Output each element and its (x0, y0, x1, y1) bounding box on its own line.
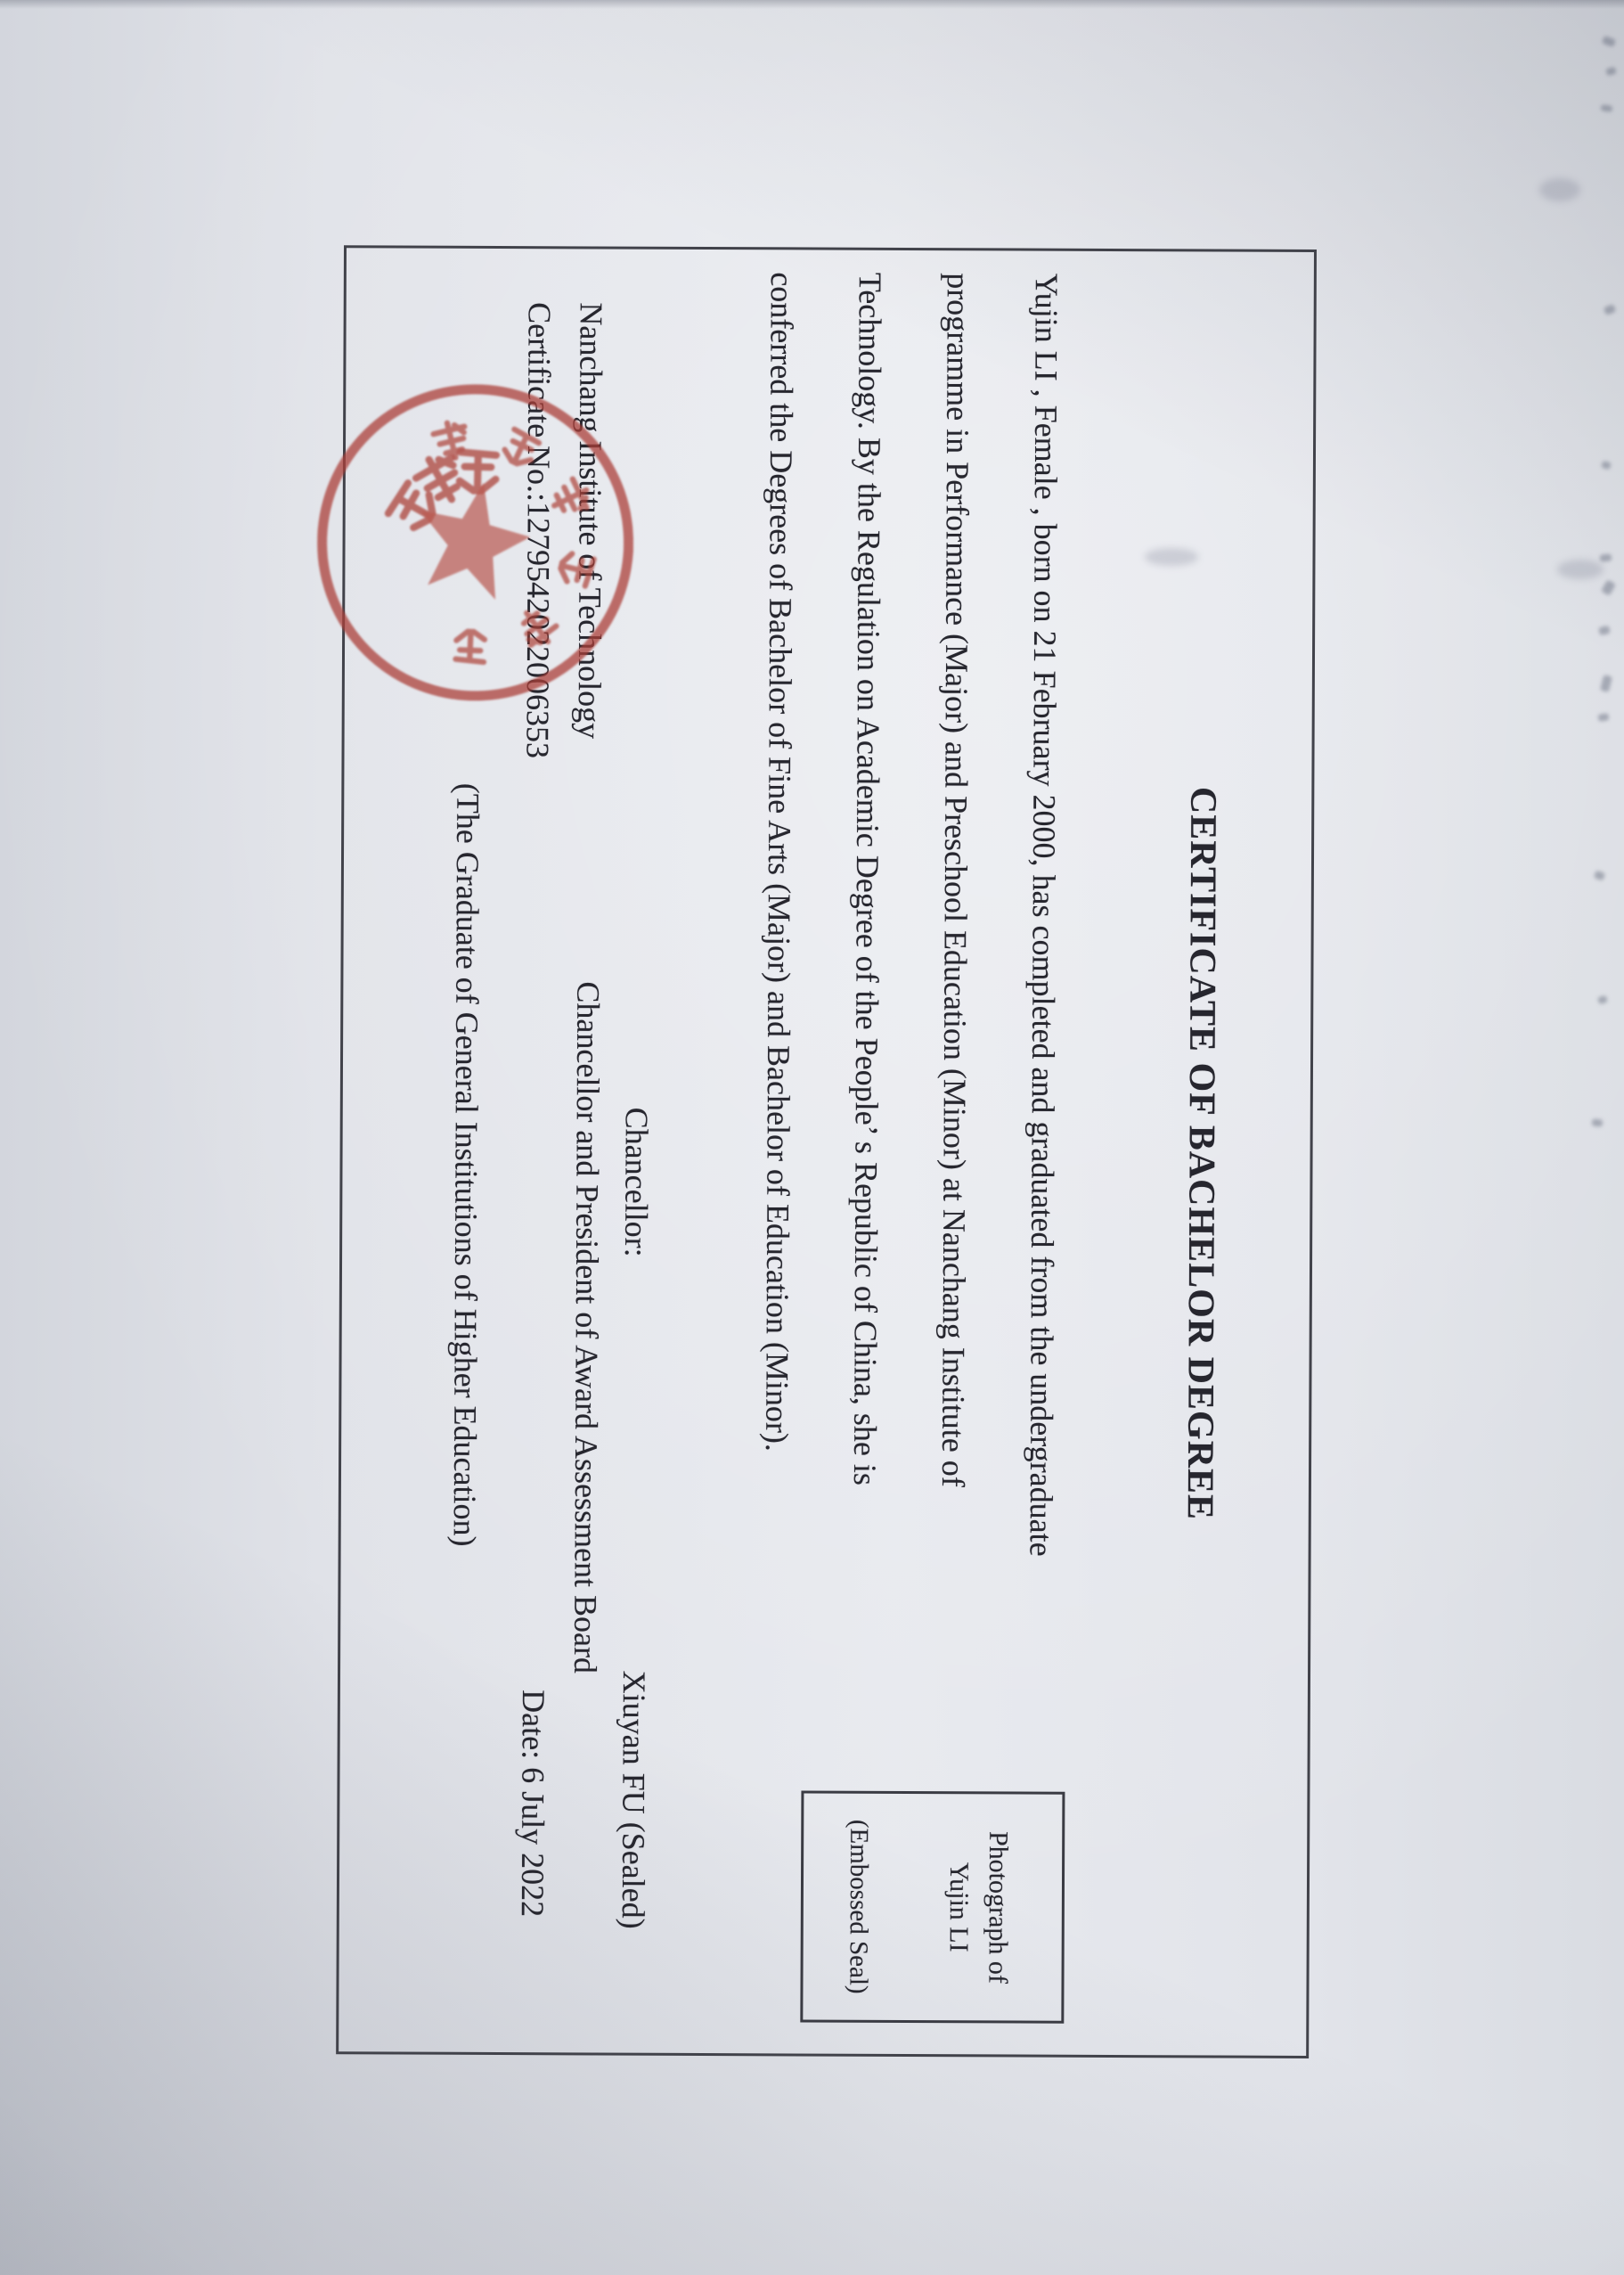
body-line-4: conferred the Degrees of Bachelor of Fin… (732, 272, 826, 1555)
certificate-title: CERTIFICATE OF BACHELOR DEGREE (1176, 251, 1227, 2055)
chancellor-label: Chancellor: (616, 1108, 657, 1257)
chancellor-role: Chancellor and President of Award Assess… (565, 981, 608, 1674)
issue-date: Date: 6 July 2022 (512, 1690, 554, 1917)
photo-of-certificate: { "certificate": { "title": "CERTIFICATE… (0, 0, 1624, 2275)
certificate-body-paragraph: Yujin LI , Female , born on 21 February … (732, 272, 1090, 1557)
certificate-sheet: CERTIFICATE OF BACHELOR DEGREE Yujin LI … (336, 245, 1317, 2058)
graduate-footnote: (The Graduate of General Institutions of… (445, 783, 489, 1547)
body-line-2: programme in Performance (Major) and Pre… (909, 273, 1002, 1556)
body-line-3: Technology. By the Regulation on Academi… (820, 273, 914, 1556)
photograph-box-caption: Photograph of (978, 1831, 1018, 1984)
chancellor-signature: Xiuyan FU (Sealed) (613, 1671, 655, 1929)
body-line-1: Yujin LI , Female , born on 21 February … (997, 273, 1090, 1556)
embossed-seal-note: (Embossed Seal) (803, 1820, 878, 1994)
photograph-box: Photograph of Yujin LI (Embossed Seal) (800, 1790, 1065, 2023)
photograph-box-name: Yujin LI (939, 1862, 978, 1952)
red-round-seal (306, 372, 646, 713)
